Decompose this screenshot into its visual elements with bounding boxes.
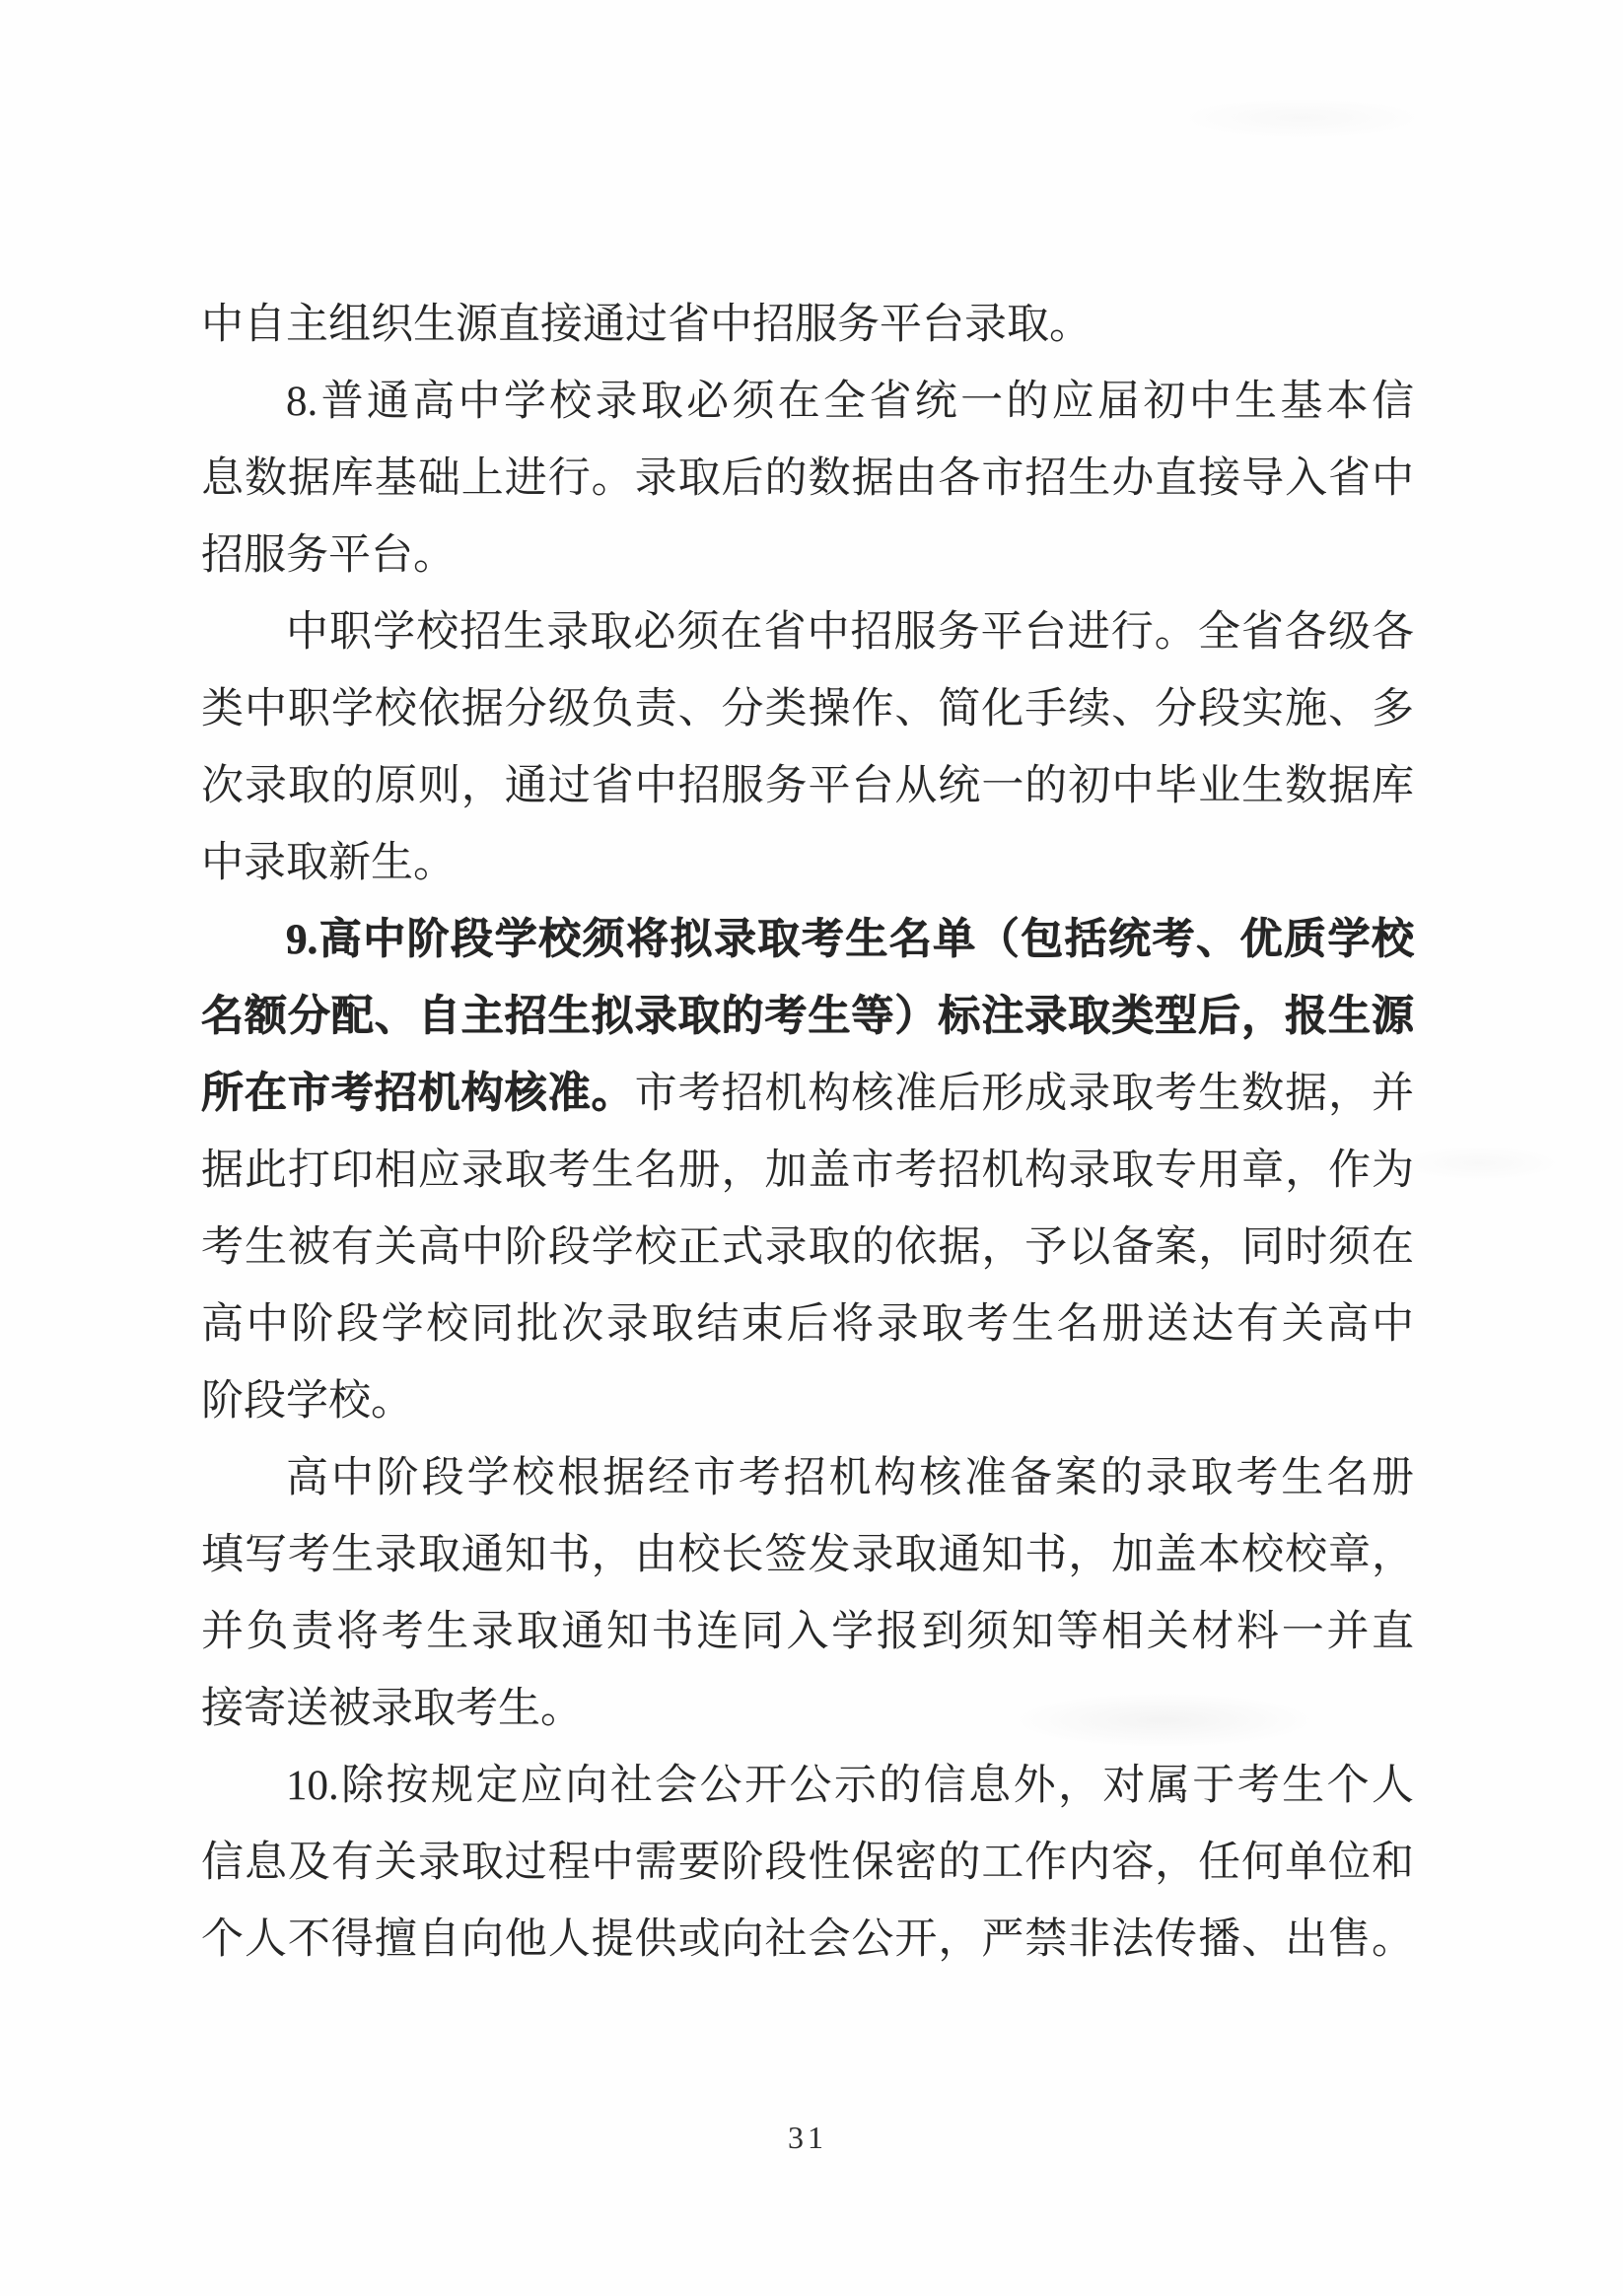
text-line: 高中阶段学校同批次录取结束后将录取考生名册送达有关高中 xyxy=(201,1287,1414,1363)
text-segment: 高中阶段学校同批次录取结束后将录取考生名册送达有关高中 xyxy=(201,1301,1414,1348)
text-segment: 中职学校招生录取必须在省中招服务平台进行。全省各级各 xyxy=(286,609,1414,656)
bold-text-segment: 名额分配、自主招生拟录取的考生等）标注录取类型后，报生源 xyxy=(201,994,1414,1040)
text-line: 中职学校招生录取必须在省中招服务平台进行。全省各级各 xyxy=(201,594,1414,671)
text-segment: 息数据库基础上进行。录取后的数据由各市招生办直接导入省中 xyxy=(201,455,1414,502)
text-segment: 中录取新生。 xyxy=(201,840,456,886)
text-line: 中录取新生。 xyxy=(201,825,1414,902)
text-segment: 类中职学校依据分级负责、分类操作、简化手续、分段实施、多 xyxy=(201,686,1414,732)
bold-text-segment: 9.高中阶段学校须将拟录取考生名单（包括统考、优质学校 xyxy=(286,917,1414,963)
text-block: 中自主组织生源直接通过省中招服务平台录取。8.普通高中学校录取必须在全省统一的应… xyxy=(201,287,1414,1979)
page-number: 31 xyxy=(201,2120,1414,2156)
text-line: 接寄送被录取考生。 xyxy=(201,1671,1414,1748)
text-line: 所在市考招机构核准。市考招机构核准后形成录取考生数据，并 xyxy=(201,1056,1414,1133)
text-line: 次录取的原则，通过省中招服务平台从统一的初中毕业生数据库 xyxy=(201,748,1414,825)
text-segment: 10.除按规定应向社会公开公示的信息外，对属于考生个人 xyxy=(286,1763,1414,1809)
text-line: 填写考生录取通知书，由校长签发录取通知书，加盖本校校章， xyxy=(201,1517,1414,1594)
document-page: 中自主组织生源直接通过省中招服务平台录取。8.普通高中学校录取必须在全省统一的应… xyxy=(0,0,1623,2296)
text-line: 考生被有关高中阶段学校正式录取的依据，予以备案，同时须在 xyxy=(201,1210,1414,1287)
text-line: 高中阶段学校根据经市考招机构核准备案的录取考生名册 xyxy=(201,1440,1414,1517)
text-line: 9.高中阶段学校须将拟录取考生名单（包括统考、优质学校 xyxy=(201,902,1414,979)
text-line: 息数据库基础上进行。录取后的数据由各市招生办直接导入省中 xyxy=(201,441,1414,518)
text-segment: 招服务平台。 xyxy=(201,532,456,579)
text-segment: 中自主组织生源直接通过省中招服务平台录取。 xyxy=(201,302,1092,348)
text-segment: 次录取的原则，通过省中招服务平台从统一的初中毕业生数据库 xyxy=(201,763,1414,809)
text-segment: 据此打印相应录取考生名册，加盖市考招机构录取专用章，作为 xyxy=(201,1148,1414,1194)
text-line: 阶段学校。 xyxy=(201,1363,1414,1440)
text-line: 招服务平台。 xyxy=(201,518,1414,594)
text-line: 信息及有关录取过程中需要阶段性保密的工作内容，任何单位和 xyxy=(201,1825,1414,1902)
text-line: 并负责将考生录取通知书连同入学报到须知等相关材料一并直 xyxy=(201,1594,1414,1671)
text-segment: 并负责将考生录取通知书连同入学报到须知等相关材料一并直 xyxy=(201,1609,1414,1655)
text-line: 中自主组织生源直接通过省中招服务平台录取。 xyxy=(201,287,1414,364)
text-segment: 8.普通高中学校录取必须在全省统一的应届初中生基本信 xyxy=(286,379,1414,425)
text-segment: 填写考生录取通知书，由校长签发录取通知书，加盖本校校章， xyxy=(201,1532,1414,1578)
text-segment: 高中阶段学校根据经市考招机构核准备案的录取考生名册 xyxy=(286,1455,1414,1501)
bold-text-segment: 所在市考招机构核准。 xyxy=(201,1071,635,1117)
text-segment: 考生被有关高中阶段学校正式录取的依据，予以备案，同时须在 xyxy=(201,1224,1414,1271)
text-segment: 接寄送被录取考生。 xyxy=(201,1686,583,1732)
text-line: 据此打印相应录取考生名册，加盖市考招机构录取专用章，作为 xyxy=(201,1133,1414,1210)
text-segment: 阶段学校。 xyxy=(201,1378,413,1425)
text-segment: 个人不得擅自向他人提供或向社会公开，严禁非法传播、出售。 xyxy=(201,1916,1414,1963)
text-line: 10.除按规定应向社会公开公示的信息外，对属于考生个人 xyxy=(201,1748,1414,1825)
text-segment: 信息及有关录取过程中需要阶段性保密的工作内容，任何单位和 xyxy=(201,1840,1414,1886)
text-line: 类中职学校依据分级负责、分类操作、简化手续、分段实施、多 xyxy=(201,671,1414,748)
text-line: 个人不得擅自向他人提供或向社会公开，严禁非法传播、出售。 xyxy=(201,1902,1414,1979)
text-line: 8.普通高中学校录取必须在全省统一的应届初中生基本信 xyxy=(201,364,1414,441)
text-segment: 市考招机构核准后形成录取考生数据，并 xyxy=(635,1071,1414,1117)
text-line: 名额分配、自主招生拟录取的考生等）标注录取类型后，报生源 xyxy=(201,979,1414,1056)
